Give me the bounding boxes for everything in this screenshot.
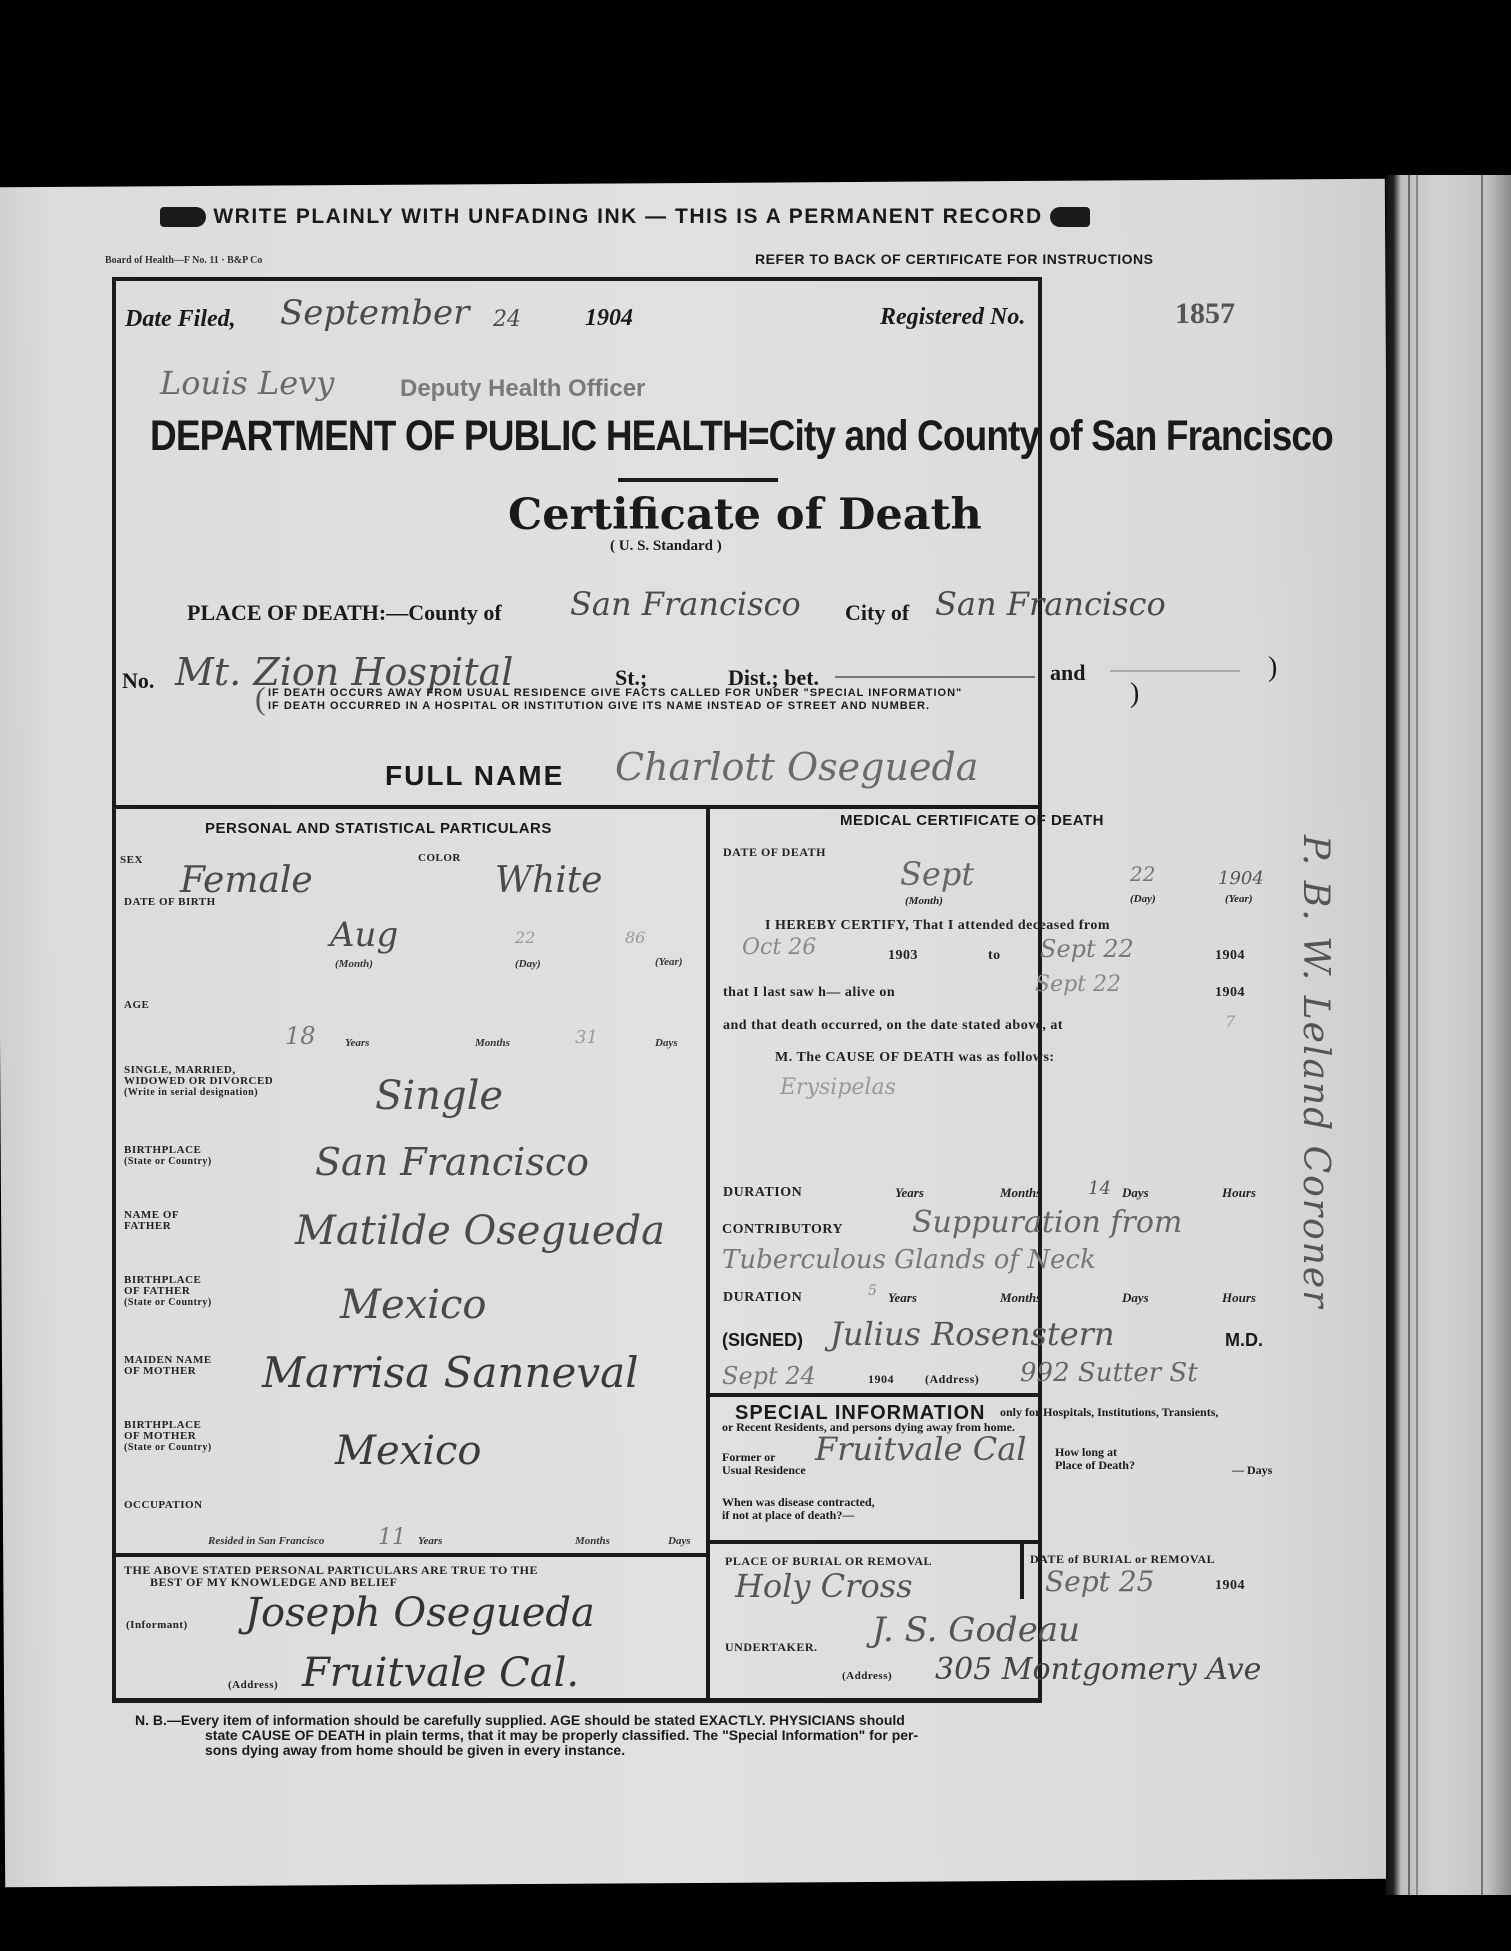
birthplace-value: San Francisco (315, 1140, 589, 1184)
pointing-hand-icon (1050, 207, 1090, 227)
duration-years-caption: Years (895, 1185, 924, 1201)
informant-name: Joseph Osegueda (245, 1590, 595, 1636)
physician-signature: Julius Rosenstern (830, 1315, 1115, 1353)
officer-signature: Louis Levy (160, 364, 334, 402)
cause-value: Erysipelas (780, 1075, 896, 1100)
city-value: San Francisco (935, 585, 1166, 623)
burial-column-divider (1020, 1544, 1024, 1599)
undertaker-name: J. S. Godeau (872, 1610, 1080, 1650)
dod-month-caption: (Month) (905, 895, 943, 907)
contributory-cause-2: Tuberculous Glands of Neck (722, 1245, 1096, 1275)
informant-statement-2: BEST OF MY KNOWLEDGE AND BELIEF (150, 1577, 397, 1588)
certify-text: I HEREBY CERTIFY, That I attended deceas… (765, 918, 1110, 934)
resided-years-caption: Years (418, 1535, 442, 1547)
informant-address-label: (Address) (228, 1680, 278, 1691)
dob-day-caption: (Day) (515, 958, 541, 970)
age-days: 31 (575, 1027, 598, 1048)
undertaker-address: 305 Montgomery Ave (935, 1652, 1261, 1687)
age-years-caption: Years (345, 1037, 369, 1049)
paren: ( (255, 680, 266, 717)
dob-month-caption: (Month) (335, 958, 373, 970)
attended-from: Oct 26 (742, 935, 816, 960)
to-label: to (988, 948, 1001, 964)
last-saw-year: 1904 (1215, 985, 1245, 1001)
former-residence: Fruitvale Cal (815, 1430, 1027, 1468)
age-days-caption: Days (655, 1037, 678, 1049)
resided-years: 11 (378, 1525, 406, 1550)
burial-place: Holy Cross (735, 1567, 913, 1605)
nb-line-1: N. B.—Every item of information should b… (135, 1713, 1135, 1728)
dod-day: 22 (1130, 862, 1155, 886)
banner-text: WRITE PLAINLY WITH UNFADING INK — THIS I… (213, 205, 1042, 228)
contracted-label-2: if not at place of death?— (722, 1508, 854, 1523)
duration-label: DURATION (723, 1185, 802, 1201)
informant-address: Fruitvale Cal. (302, 1650, 579, 1696)
place-note-1: IF DEATH OCCURS AWAY FROM USUAL RESIDENC… (268, 687, 962, 699)
nb-line-3: sons dying away from home should be give… (135, 1743, 1135, 1758)
nb-footer: N. B.—Every item of information should b… (135, 1713, 1135, 1758)
age-years: 18 (285, 1022, 316, 1050)
marital-value: Single (375, 1073, 503, 1119)
medical-section-title: MEDICAL CERTIFICATE OF DEATH (840, 812, 1104, 829)
occurred-at: 7 (1225, 1012, 1235, 1031)
book-page-edges (1386, 175, 1511, 1895)
special-title-note: only for Hospitals, Institutions, Transi… (1000, 1405, 1218, 1420)
father-birthplace: Mexico (340, 1282, 486, 1328)
dob-month: Aug (330, 915, 398, 955)
duration-days-caption: Days (1122, 1185, 1149, 1201)
instructions-note: REFER TO BACK OF CERTIFICATE FOR INSTRUC… (755, 251, 1153, 267)
marital-label-3: (Write in serial designation) (124, 1087, 258, 1098)
dod-month: Sept (900, 855, 974, 893)
dob-day: 22 (515, 928, 535, 947)
special-divider (710, 1393, 1042, 1397)
mother-label-2: OF MOTHER (124, 1366, 196, 1377)
signed-year: 1904 (868, 1372, 894, 1387)
resided-months-caption: Months (575, 1535, 610, 1547)
resided-label: Resided in San Francisco (208, 1535, 324, 1547)
former-residence-label-2: Usual Residence (722, 1463, 806, 1478)
undertaker-address-label: (Address) (842, 1670, 892, 1682)
cause-text: M. The CAUSE OF DEATH was as follows: (775, 1050, 1055, 1066)
column-divider (706, 808, 710, 1703)
informant-divider (116, 1553, 706, 1557)
burial-date: Sept 25 (1045, 1565, 1154, 1598)
place-note-2: IF DEATH OCCURRED IN A HOSPITAL OR INSTI… (268, 700, 930, 712)
county-value: San Francisco (570, 585, 801, 623)
father-bp-label-2: OF FATHER (124, 1286, 190, 1297)
full-name-label: FULL NAME (385, 760, 564, 792)
duration-hours-caption: Hours (1222, 1185, 1256, 1201)
signed-date: Sept 24 (722, 1362, 816, 1390)
mother-bp-label-2: OF MOTHER (124, 1431, 196, 1442)
how-long-days: — Days (1232, 1463, 1272, 1478)
section-divider (116, 805, 1042, 809)
resided-days-caption: Days (668, 1535, 691, 1547)
dod-label: DATE OF DEATH (723, 845, 826, 860)
contrib-years-caption: Years (888, 1290, 917, 1306)
contrib-duration-label: DURATION (723, 1290, 802, 1306)
place-of-death-label: PLACE OF DEATH:—County of (187, 600, 502, 626)
paren: ) (1130, 678, 1139, 710)
dob-year: 86 (625, 928, 645, 947)
certificate-standard: ( U. S. Standard ) (610, 538, 722, 555)
city-label: City of (845, 600, 909, 626)
paren: ) (1268, 652, 1277, 684)
contrib-days-caption: Days (1122, 1290, 1149, 1306)
contributory-label: CONTRIBUTORY (722, 1222, 843, 1238)
and-label: and (1050, 660, 1085, 686)
duration-months-caption: Months (1000, 1185, 1041, 1201)
physician-address-label: (Address) (925, 1372, 979, 1387)
age-months-caption: Months (475, 1037, 510, 1049)
md-label: M.D. (1225, 1330, 1263, 1351)
last-saw-date: Sept 22 (1035, 972, 1121, 997)
certificate-title: Certificate of Death (508, 490, 982, 540)
dod-year-caption: (Year) (1225, 893, 1253, 905)
last-saw-text: that I last saw h— alive on (723, 985, 895, 1001)
date-filed-month: September (280, 293, 469, 333)
duration-days: 14 (1088, 1178, 1111, 1199)
mother-bp-label-3: (State or Country) (124, 1442, 212, 1453)
date-filed-label: Date Filed, (125, 306, 236, 333)
mother-birthplace: Mexico (335, 1428, 481, 1474)
no-label: No. (122, 668, 154, 694)
father-name: Matilde Osegueda (295, 1208, 665, 1254)
contributory-cause-1: Suppuration from (912, 1205, 1182, 1240)
contrib-hours-caption: Hours (1222, 1290, 1256, 1306)
department-title: DEPARTMENT OF PUBLIC HEALTH=City and Cou… (150, 412, 1333, 461)
attended-from-year: 1903 (888, 948, 918, 964)
date-filed-year: 1904 (585, 305, 633, 332)
form-number: Board of Health—F No. 11 · B&P Co (105, 255, 262, 266)
title-rule (618, 478, 778, 482)
contrib-months-caption: Months (1000, 1290, 1041, 1306)
occurred-text: and that death occurred, on the date sta… (723, 1018, 1063, 1034)
burial-year: 1904 (1215, 1578, 1245, 1594)
district-line (835, 676, 1035, 678)
registered-label: Registered No. (880, 304, 1025, 331)
dob-label: DATE OF BIRTH (124, 897, 216, 908)
marital-label-2: WIDOWED OR DIVORCED (124, 1076, 273, 1087)
informant-label: (Informant) (126, 1620, 188, 1631)
signed-label: (SIGNED) (722, 1330, 803, 1351)
full-name-value: Charlott Osegueda (615, 745, 978, 789)
physician-address: 992 Sutter St (1020, 1358, 1198, 1388)
banner: WRITE PLAINLY WITH UNFADING INK — THIS I… (160, 205, 1090, 229)
dod-day-caption: (Day) (1130, 893, 1156, 905)
father-bp-label-3: (State or Country) (124, 1297, 212, 1308)
personal-section-title: PERSONAL AND STATISTICAL PARTICULARS (205, 820, 552, 837)
color-label: COLOR (418, 853, 461, 864)
coroner-margin-annotation: P. B. W. Leland Coroner (1295, 835, 1336, 1309)
burial-divider (710, 1540, 1042, 1544)
father-label-2: FATHER (124, 1221, 171, 1232)
sex-value: Female (180, 860, 313, 901)
date-filed-day: 24 (493, 307, 521, 332)
officer-title: Deputy Health Officer (400, 375, 645, 403)
occupation-label: OCCUPATION (124, 1500, 203, 1511)
age-label: AGE (124, 1000, 149, 1011)
undertaker-label: UNDERTAKER. (725, 1640, 818, 1655)
dod-year: 1904 (1218, 868, 1264, 889)
mother-name: Marrisa Sanneval (262, 1348, 639, 1397)
dob-year-caption: (Year) (655, 956, 683, 968)
contrib-years: 5 (868, 1283, 877, 1299)
sex-label: SEX (120, 855, 143, 866)
and-line (1110, 670, 1240, 672)
registered-number: 1857 (1175, 297, 1235, 331)
pointing-hand-icon (160, 207, 206, 227)
birthplace-label-2: (State or Country) (124, 1156, 212, 1167)
birthplace-label-1: BIRTHPLACE (124, 1145, 201, 1156)
nb-line-2: state CAUSE OF DEATH in plain terms, tha… (135, 1728, 1135, 1743)
attended-to: Sept 22 (1040, 935, 1134, 963)
attended-to-year: 1904 (1215, 948, 1245, 964)
color-value: White (495, 860, 602, 901)
how-long-label-2: Place of Death? (1055, 1458, 1135, 1473)
